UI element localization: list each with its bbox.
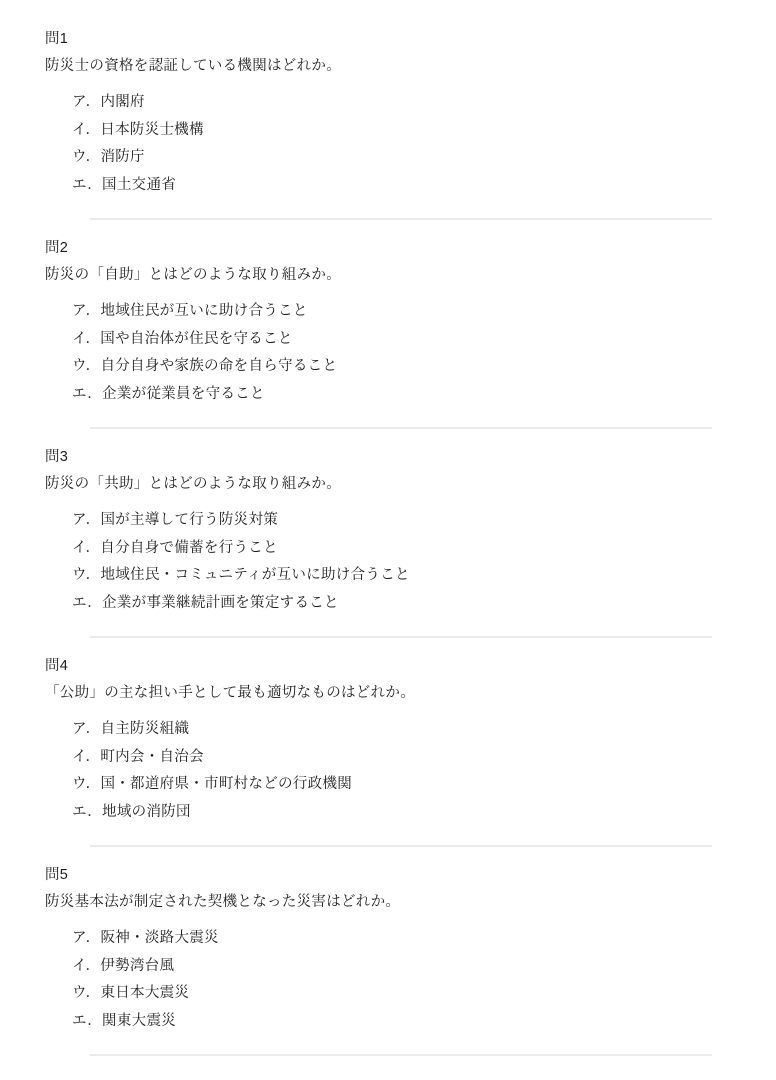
option-text: 地域住民が互いに助け合うこと bbox=[100, 303, 307, 319]
option-text: 内閣府 bbox=[100, 94, 144, 110]
option-text: 消防庁 bbox=[100, 149, 144, 165]
section-divider bbox=[90, 427, 712, 429]
option-marker: エ． bbox=[72, 590, 102, 618]
option-item: エ．関東大震災 bbox=[72, 1008, 712, 1036]
option-marker: ウ． bbox=[72, 144, 100, 172]
option-item: イ．町内会・自治会 bbox=[72, 744, 712, 772]
question-text: 防災の「自助」とはどのような取り組みか。 bbox=[45, 265, 712, 285]
options-list: ア．地域住民が互いに助け合うこと イ．国や自治体が住民を守ること ウ．自分自身や… bbox=[45, 298, 712, 408]
option-text: 国・都道府県・市町村などの行政機関 bbox=[100, 776, 352, 792]
option-text: 町内会・自治会 bbox=[100, 749, 204, 765]
option-text: 日本防災士機構 bbox=[100, 122, 204, 138]
option-marker: ア． bbox=[72, 89, 100, 117]
options-list: ア．国が主導して行う防災対策 イ．自分自身で備蓄を行うこと ウ．地域住民・コミュ… bbox=[45, 507, 712, 617]
option-item: ウ．消防庁 bbox=[72, 144, 712, 172]
option-item: ウ．東日本大震災 bbox=[72, 980, 712, 1008]
option-item: エ．国土交通省 bbox=[72, 172, 712, 200]
option-marker: イ． bbox=[72, 953, 100, 981]
option-text: 自分自身で備蓄を行うこと bbox=[100, 540, 278, 556]
question-text: 防災の「共助」とはどのような取り組みか。 bbox=[45, 474, 712, 494]
question-number: 問5 bbox=[45, 866, 712, 885]
question-text: 「公助」の主な担い手として最も適切なものはどれか。 bbox=[45, 683, 712, 703]
option-text: 関東大震災 bbox=[102, 1013, 176, 1029]
option-text: 地域住民・コミュニティが互いに助け合うこと bbox=[100, 567, 409, 583]
option-marker: ア． bbox=[72, 925, 100, 953]
option-item: イ．国や自治体が住民を守ること bbox=[72, 326, 712, 354]
options-list: ア．自主防災組織 イ．町内会・自治会 ウ．国・都道府県・市町村などの行政機関 エ… bbox=[45, 716, 712, 826]
option-marker: ア． bbox=[72, 716, 100, 744]
option-marker: ウ． bbox=[72, 353, 100, 381]
option-marker: イ． bbox=[72, 535, 100, 563]
option-marker: エ． bbox=[72, 799, 102, 827]
option-item: ウ．国・都道府県・市町村などの行政機関 bbox=[72, 771, 712, 799]
option-marker: イ． bbox=[72, 117, 100, 145]
question-block-2: 問2 防災の「自助」とはどのような取り組みか。 ア．地域住民が互いに助け合うこと… bbox=[45, 239, 712, 429]
option-marker: エ． bbox=[72, 172, 102, 200]
question-number: 問4 bbox=[45, 657, 712, 676]
option-marker: ウ． bbox=[72, 771, 100, 799]
option-text: 企業が従業員を守ること bbox=[102, 386, 265, 402]
options-list: ア．内閣府 イ．日本防災士機構 ウ．消防庁 エ．国土交通省 bbox=[45, 89, 712, 199]
option-marker: ウ． bbox=[72, 562, 100, 590]
question-number: 問2 bbox=[45, 239, 712, 258]
section-divider bbox=[90, 218, 712, 220]
section-divider bbox=[90, 845, 712, 847]
question-block-4: 問4 「公助」の主な担い手として最も適切なものはどれか。 ア．自主防災組織 イ．… bbox=[45, 657, 712, 847]
option-item: ア．地域住民が互いに助け合うこと bbox=[72, 298, 712, 326]
option-marker: ウ． bbox=[72, 980, 100, 1008]
option-item: イ．自分自身で備蓄を行うこと bbox=[72, 535, 712, 563]
option-item: ア．内閣府 bbox=[72, 89, 712, 117]
option-marker: ア． bbox=[72, 298, 100, 326]
option-text: 東日本大震災 bbox=[100, 985, 189, 1001]
option-marker: エ． bbox=[72, 1008, 102, 1036]
option-marker: イ． bbox=[72, 326, 100, 354]
options-list: ア．阪神・淡路大震災 イ．伊勢湾台風 ウ．東日本大震災 エ．関東大震災 bbox=[45, 925, 712, 1035]
option-text: 地域の消防団 bbox=[102, 804, 191, 820]
option-item: ア．自主防災組織 bbox=[72, 716, 712, 744]
question-number: 問1 bbox=[45, 30, 712, 49]
option-item: イ．伊勢湾台風 bbox=[72, 953, 712, 981]
option-text: 自分自身や家族の命を自ら守ること bbox=[100, 358, 337, 374]
section-divider bbox=[90, 1054, 712, 1056]
question-block-3: 問3 防災の「共助」とはどのような取り組みか。 ア．国が主導して行う防災対策 イ… bbox=[45, 448, 712, 638]
question-text: 防災基本法が制定された契機となった災害はどれか。 bbox=[45, 892, 712, 912]
option-marker: イ． bbox=[72, 744, 100, 772]
option-text: 企業が事業継続計画を策定すること bbox=[102, 595, 339, 611]
option-text: 国が主導して行う防災対策 bbox=[100, 512, 278, 528]
section-divider bbox=[90, 636, 712, 638]
option-marker: エ． bbox=[72, 381, 102, 409]
option-item: ア．国が主導して行う防災対策 bbox=[72, 507, 712, 535]
question-block-1: 問1 防災士の資格を認証している機関はどれか。 ア．内閣府 イ．日本防災士機構 … bbox=[45, 30, 712, 220]
option-text: 国土交通省 bbox=[102, 177, 176, 193]
option-text: 阪神・淡路大震災 bbox=[100, 930, 218, 946]
option-item: イ．日本防災士機構 bbox=[72, 117, 712, 145]
question-number: 問3 bbox=[45, 448, 712, 467]
option-item: エ．地域の消防団 bbox=[72, 799, 712, 827]
question-text: 防災士の資格を認証している機関はどれか。 bbox=[45, 56, 712, 76]
option-text: 伊勢湾台風 bbox=[100, 958, 174, 974]
option-marker: ア． bbox=[72, 507, 100, 535]
option-item: ウ．地域住民・コミュニティが互いに助け合うこと bbox=[72, 562, 712, 590]
option-item: ウ．自分自身や家族の命を自ら守ること bbox=[72, 353, 712, 381]
option-item: エ．企業が事業継続計画を策定すること bbox=[72, 590, 712, 618]
option-item: エ．企業が従業員を守ること bbox=[72, 381, 712, 409]
option-text: 国や自治体が住民を守ること bbox=[100, 331, 292, 347]
option-item: ア．阪神・淡路大震災 bbox=[72, 925, 712, 953]
option-text: 自主防災組織 bbox=[100, 721, 189, 737]
question-block-5: 問5 防災基本法が制定された契機となった災害はどれか。 ア．阪神・淡路大震災 イ… bbox=[45, 866, 712, 1056]
